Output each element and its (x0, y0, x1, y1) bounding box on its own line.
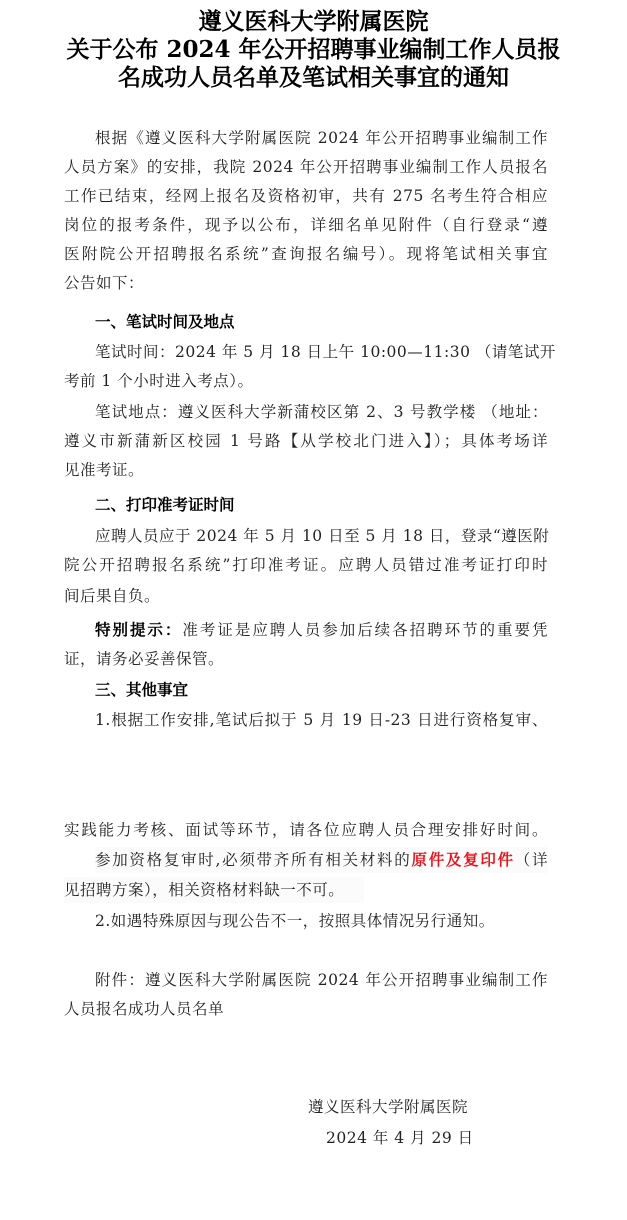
signature-organization: 遵义医科大学附属医院 (308, 1094, 468, 1120)
title-line-1: 遵义医科大学附属医院 (0, 8, 627, 36)
title-line-3: 名成功人员名单及笔试相关事宜的通知 (0, 64, 627, 92)
attachment-line: 附件：遵义医科大学附属医院 2024 年公开招聘事业编制工作 (95, 967, 548, 993)
originals-and-copies-emphasis: 原件及复印件 (411, 851, 514, 869)
intro-line: 岗位的报考条件，现予以公布，详细名单见附件（自行登录“遵 (64, 212, 548, 238)
intro-line: 根据《遵义医科大学附属医院 2024 年公开招聘事业编制工作 (95, 125, 548, 151)
print-admission-line: 应聘人员应于 2024 年 5 月 10 日至 5 月 18 日，登录“遵医附 (95, 523, 548, 549)
exam-time-line: 考前 1 个小时进入考点）。 (64, 368, 548, 394)
intro-line: 医附院公开招聘报名系统”查询报名编号）。现将笔试相关事宜 (64, 241, 548, 267)
materials-text: （详 (515, 851, 548, 869)
materials-line: 见招聘方案），相关资格材料缺一不可。 (64, 877, 364, 903)
signature-date: 2024 年 4 月 29 日 (326, 1125, 474, 1151)
special-notice-line: 特别提示：准考证是应聘人员参加后续各招聘环节的重要凭 (95, 617, 548, 643)
intro-line: 人员方案》的安排，我院 2024 年公开招聘事业编制工作人员报名 (64, 154, 548, 180)
section-heading-exam-time-location: 一、笔试时间及地点 (95, 309, 235, 335)
item-1-line: 1.根据工作安排,笔试后拟于 5 月 19 日-23 日进行资格复审、 (95, 707, 548, 733)
exam-time-line: 笔试时间：2024 年 5 月 18 日上午 10:00—11:30 （请笔试开 (95, 339, 548, 365)
title-line-2: 关于公布 2024 年公开招聘事业编制工作人员报 (0, 36, 627, 64)
item-2-line: 2.如遇特殊原因与现公告不一，按照具体情况另行通知。 (95, 908, 548, 934)
item-1-line: 实践能力考核、面试等环节，请各位应聘人员合理安排好时间。 (64, 817, 548, 843)
materials-text: 参加资格复审时,必须带齐所有相关材料的 (95, 851, 411, 869)
print-admission-line: 间后果自负。 (64, 583, 548, 609)
exam-location-line: 笔试地点：遵义医科大学新蒲校区第 2、3 号教学楼 （地址： (95, 399, 548, 425)
print-admission-line: 院公开招聘报名系统”打印准考证。应聘人员错过准考证打印时 (64, 552, 548, 578)
section-heading-print-admission: 二、打印准考证时间 (95, 492, 235, 518)
materials-line: 参加资格复审时,必须带齐所有相关材料的原件及复印件（详 (95, 847, 548, 873)
special-notice-text: 准考证是应聘人员参加后续各招聘环节的重要凭 (182, 621, 548, 639)
attachment-line: 人员报名成功人员名单 (64, 996, 548, 1022)
special-notice-line: 证，请务必妥善保管。 (64, 646, 548, 672)
intro-line: 公告如下： (64, 270, 548, 296)
exam-location-line: 见准考证。 (64, 457, 548, 483)
exam-location-line: 遵义市新蒲新区校园 1 号路【从学校北门进入】）；具体考场详 (64, 428, 548, 454)
intro-line: 工作已结束，经网上报名及资格初审，共有 275 名考生符合相应 (64, 183, 548, 209)
section-heading-other-matters: 三、其他事宜 (95, 677, 188, 703)
special-notice-label: 特别提示： (95, 621, 182, 639)
